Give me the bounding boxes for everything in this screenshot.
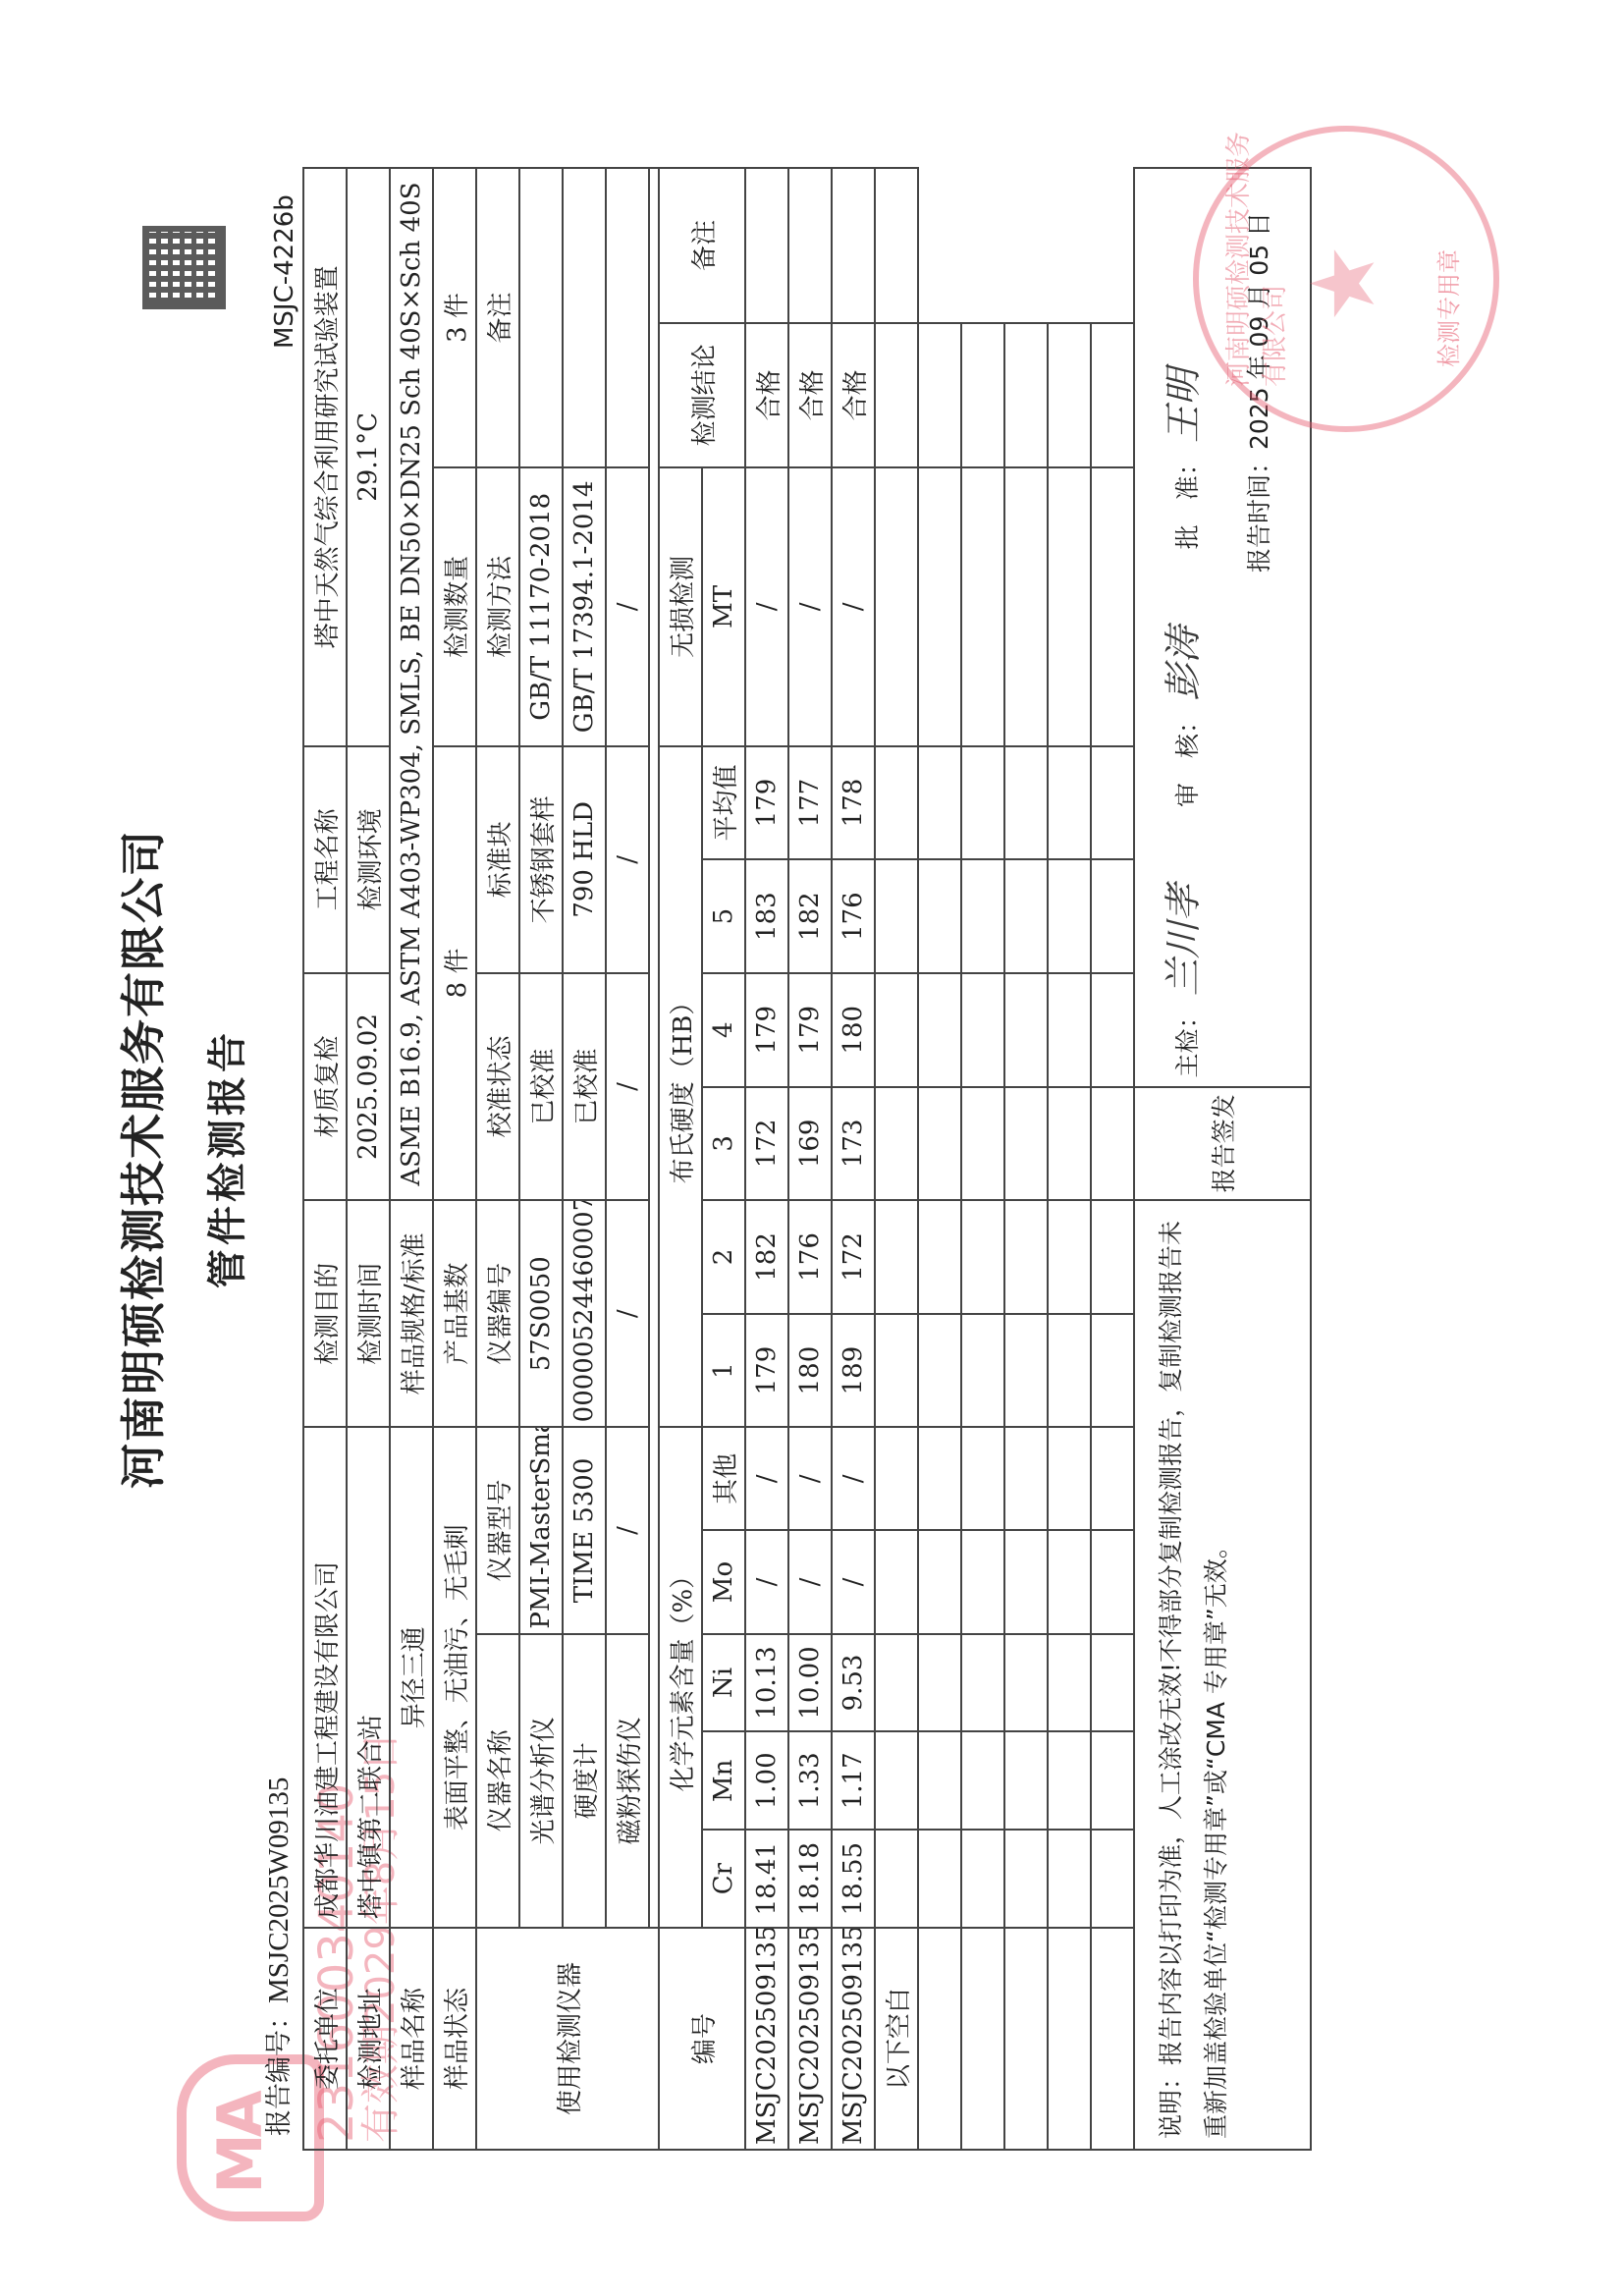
- star-icon: ★: [1292, 244, 1395, 323]
- site-label: 检测地址: [347, 1928, 390, 2150]
- qty-label: 检测数量: [433, 467, 476, 746]
- env-value: 29.1°C: [347, 168, 390, 746]
- spec-value: ASME B16.9, ASTM A403-WP304, SMLS, BE DN…: [390, 168, 433, 1200]
- empty-row: [961, 168, 1004, 2150]
- result-row: MSJC202509135-318.551.179.53//1891721731…: [832, 168, 875, 2150]
- hb-col: 1: [702, 1314, 745, 1428]
- blank-below: 以下空白: [875, 1928, 918, 2150]
- state-label: 样品状态: [433, 1928, 476, 2150]
- instr-header-method: 检测方法: [476, 467, 519, 746]
- reviewer-label: 审 核：: [1173, 709, 1202, 807]
- env-label: 检测环境: [347, 746, 390, 973]
- instrument-row: 光谱分析仪 PMI-MasterSmart 57S0050 已校准 不锈钢套样 …: [519, 168, 563, 2150]
- report-number-value: MSJC2025W09135: [263, 1777, 295, 2003]
- project-label: 工程名称: [303, 746, 347, 973]
- empty-row: [1004, 168, 1048, 2150]
- ndt-header: 无损检测: [659, 467, 702, 746]
- instrument-row: 磁粉探伤仪 / / / / /: [606, 168, 649, 2150]
- inspector-label: 主检：: [1173, 1005, 1202, 1078]
- date-label: 检测时间: [347, 1200, 390, 1427]
- client-label: 委托单位: [303, 1928, 347, 2150]
- form-code: MSJC-4226b: [270, 194, 299, 349]
- empty-row: [1048, 168, 1091, 2150]
- spec-label: 样品规格/标准: [390, 1200, 433, 1427]
- reviewer-signature: 彭涛: [1162, 627, 1205, 701]
- sample-name-label: 样品名称: [390, 1928, 433, 2150]
- report-number: 报告编号：MSJC2025W09135: [257, 1777, 296, 2136]
- report-note: 说明：报告内容以打印为准，人工涂改无效!不得部分复制检测报告，复制检测报告未重新…: [1134, 1200, 1311, 2150]
- company-seal: 河南明硕检测技术服务有限公司 ★ 检测专用章: [1193, 126, 1499, 432]
- result-row: MSJC202509135-218.181.3310.00//180176169…: [788, 168, 832, 2150]
- chem-col: Mo: [702, 1530, 745, 1633]
- chem-col: Cr: [702, 1830, 745, 1928]
- hb-col: 3: [702, 1087, 745, 1201]
- hb-col: 4: [702, 973, 745, 1087]
- company-name: 河南明硕检测技术服务有限公司: [108, 69, 173, 2249]
- sample-name-value: 异径三通: [390, 1427, 433, 1928]
- hardness-header: 布氏硬度（HB）: [659, 746, 702, 1428]
- hb-col: 2: [702, 1200, 745, 1314]
- site-value: 塔中镇第二联合站: [347, 1427, 390, 1928]
- base-label: 产品基数: [433, 1200, 476, 1427]
- conclusion-header: 检测结论: [659, 323, 745, 467]
- purpose-value: 材质复检: [303, 973, 347, 1200]
- qty-value: 3 件: [433, 168, 476, 467]
- base-value: 8 件: [433, 746, 476, 1200]
- report-date-label: 报告时间：: [1245, 450, 1273, 573]
- report-title: 管件检测报告: [196, 69, 252, 2249]
- report-table: 委托单位 成都华川油建工程建设有限公司 检测目的 材质复检 工程名称 塔中天然气…: [302, 167, 1312, 2151]
- instruments-label: 使用检测仪器: [476, 1928, 659, 2150]
- report-number-label: 报告编号：: [264, 2003, 295, 2136]
- rotated-document: 河南明硕检测技术服务有限公司 管件检测报告 MSJC-4226b MA 2316…: [0, 69, 1623, 2249]
- chem-col: Ni: [702, 1634, 745, 1732]
- empty-row: [1091, 168, 1134, 2150]
- instr-header-name: 仪器名称: [476, 1634, 519, 1928]
- chem-col: 其他: [702, 1427, 745, 1530]
- state-value: 表面平整、无油污、无毛刺: [433, 1427, 476, 1928]
- approver-label: 批 准：: [1173, 451, 1202, 549]
- instr-header-model: 仪器型号: [476, 1427, 519, 1633]
- instr-header-calibration: 校准状态: [476, 973, 519, 1200]
- ndt-col: MT: [702, 467, 745, 746]
- issue-label: 报告签发: [1134, 1087, 1311, 1201]
- date-value: 2025.09.02: [347, 973, 390, 1200]
- hb-col: 5: [702, 859, 745, 973]
- remark-header: 备注: [659, 168, 745, 323]
- instr-header-remark: 备注: [476, 168, 519, 467]
- client-value: 成都华川油建工程建设有限公司: [303, 1427, 347, 1928]
- chem-col: Mn: [702, 1731, 745, 1830]
- purpose-label: 检测目的: [303, 1200, 347, 1427]
- instrument-row: 硬度计 TIME 5300 000005244600078 已校准 790 HL…: [563, 168, 606, 2150]
- results-id-header: 编号: [659, 1928, 745, 2150]
- empty-row: [918, 168, 961, 2150]
- approver-signature: 王明: [1162, 368, 1205, 443]
- hb-col: 平均值: [702, 746, 745, 860]
- result-row: MSJC202509135-118.411.0010.13//179182172…: [745, 168, 788, 2150]
- qr-code: [142, 226, 226, 309]
- instr-header-block: 标准块: [476, 746, 519, 973]
- project-value: 塔中天然气综合利用研究试验装置: [303, 168, 347, 746]
- chem-header: 化学元素含量（%）: [659, 1427, 702, 1928]
- inspector-signature: 兰川孝: [1162, 884, 1205, 996]
- instr-header-serial: 仪器编号: [476, 1200, 519, 1427]
